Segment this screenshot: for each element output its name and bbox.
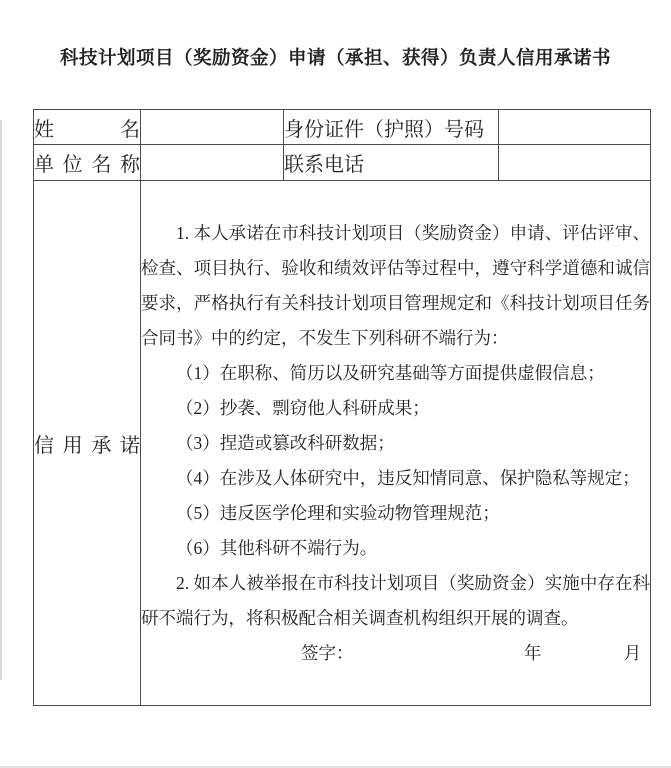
signature-year-label: 年 xyxy=(489,636,542,671)
phone-input-cell[interactable] xyxy=(499,145,651,181)
table-row: 信用承诺 1. 本人承诺在市科技计划项目（奖励资金）申请、评估评审、检查、项目执… xyxy=(34,181,651,706)
scan-edge-artifact-left xyxy=(0,120,2,680)
commitment-item-6: （6）其他科研不端行为。 xyxy=(141,531,650,566)
commitment-item-1: （1）在职称、简历以及研究基础等方面提供虚假信息； xyxy=(141,356,650,391)
signature-label: 签字： xyxy=(266,636,354,671)
table-row: 姓名 身份证件（护照）号码 xyxy=(34,110,651,145)
document-title: 科技计划项目（奖励资金）申请（承担、获得）负责人信用承诺书 xyxy=(0,44,671,70)
signature-month-label: 月 xyxy=(589,636,642,671)
document-page: 科技计划项目（奖励资金）申请（承担、获得）负责人信用承诺书 姓名 身份证件（护照… xyxy=(0,0,671,768)
name-input-cell[interactable] xyxy=(141,110,284,145)
table-row: 单位名称 联系电话 xyxy=(34,145,651,181)
name-label: 姓名 xyxy=(34,110,141,145)
credit-commitment-label: 信用承诺 xyxy=(34,181,141,706)
commitment-paragraph-2: 2. 如本人被举报在市科技计划项目（奖励资金）实施中存在科研不端行为，将积极配合… xyxy=(141,566,650,636)
org-name-input-cell[interactable] xyxy=(141,145,284,181)
commitment-item-3: （3）捏造或篡改科研数据； xyxy=(141,426,650,461)
phone-label: 联系电话 xyxy=(284,145,499,181)
commitment-item-5: （5）违反医学伦理和实验动物管理规范； xyxy=(141,496,650,531)
id-number-label: 身份证件（护照）号码 xyxy=(284,110,499,145)
org-name-label: 单位名称 xyxy=(34,145,141,181)
commitment-paragraph-1: 1. 本人承诺在市科技计划项目（奖励资金）申请、评估评审、检查、项目执行、验收和… xyxy=(141,216,650,356)
signature-row[interactable]: 签字： 年 月 日 xyxy=(141,636,650,671)
id-number-input-cell[interactable] xyxy=(499,110,651,145)
commitment-item-4: （4）在涉及人体研究中，违反知情同意、保护隐私等规定； xyxy=(141,461,650,496)
commitment-form-table: 姓名 身份证件（护照）号码 单位名称 联系电话 信用承诺 1. 本人承诺在市科技… xyxy=(33,109,651,706)
commitment-item-2: （2）抄袭、剽窃他人科研成果； xyxy=(141,391,650,426)
credit-commitment-content-cell: 1. 本人承诺在市科技计划项目（奖励资金）申请、评估评审、检查、项目执行、验收和… xyxy=(141,181,651,706)
